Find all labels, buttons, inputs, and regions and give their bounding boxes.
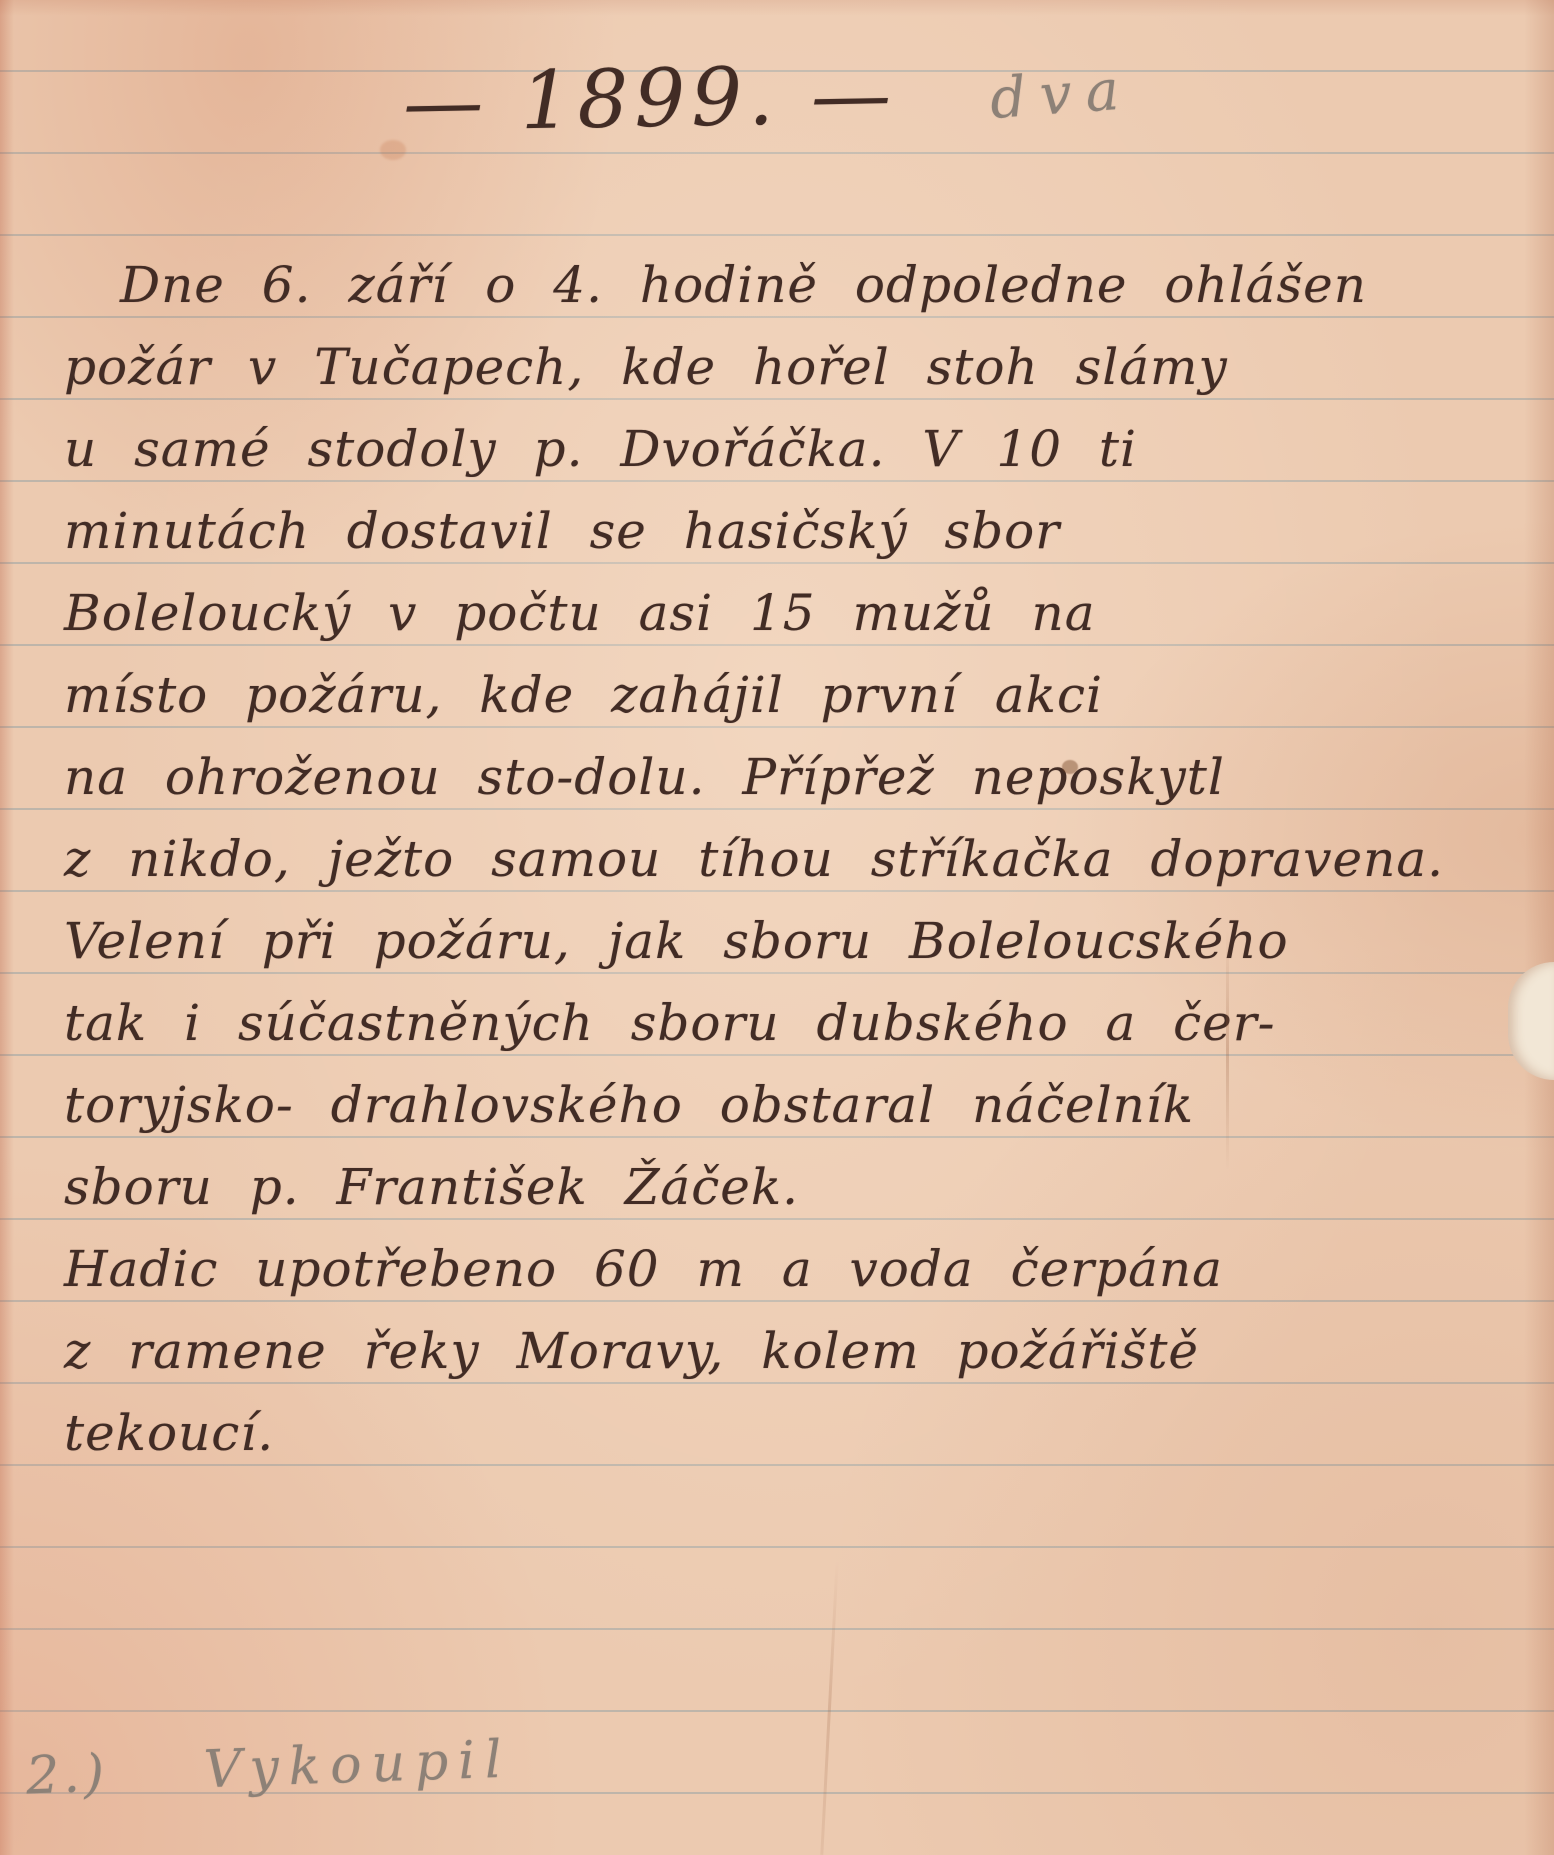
- manuscript-body: Dne 6. září o 4. hodině odpoledne ohláše…: [64, 244, 1526, 1474]
- manuscript-line: tekoucí.: [64, 1392, 1526, 1474]
- footer-note-number: 2.): [25, 1744, 109, 1807]
- manuscript-line: z nikdo, ježto samou tíhou stříkačka dop…: [64, 818, 1526, 900]
- paper-crease-bottom: [820, 1560, 838, 1855]
- manuscript-line: u samé stodoly p. Dvořáčka. V 10 ti: [64, 408, 1526, 490]
- manuscript-line: Boleloucký v počtu asi 15 mužů na: [64, 572, 1526, 654]
- manuscript-line: místo požáru, kde zahájil první akci: [64, 654, 1526, 736]
- manuscript-line: na ohroženou sto-dolu. Přípřež neposkytl: [64, 736, 1526, 818]
- manuscript-line: požár v Tučapech, kde hořel stoh slámy: [64, 326, 1526, 408]
- year-heading: — 1899. —: [239, 45, 1060, 152]
- manuscript-line: toryjsko- drahlovského obstaral náčelník: [64, 1064, 1526, 1146]
- manuscript-line: sboru p. František Žáček.: [64, 1146, 1526, 1228]
- paper-crease-right: [1226, 930, 1229, 1170]
- manuscript-line: minutách dostavil se hasičský sbor: [64, 490, 1526, 572]
- manuscript-line: tak i súčastněných sboru dubského a čer-: [64, 982, 1526, 1064]
- manuscript-line: Hadic upotřebeno 60 m a voda čerpána: [64, 1228, 1526, 1310]
- manuscript-line: Velení při požáru, jak sboru Boleloucské…: [64, 900, 1526, 982]
- pencil-margin-note: dva: [988, 57, 1135, 132]
- notebook-page: — 1899. — dva Dne 6. září o 4. hodině od…: [0, 0, 1554, 1855]
- manuscript-line: z ramene řeky Moravy, kolem požářiště: [64, 1310, 1526, 1392]
- footer-note-name: Vykoupil: [203, 1730, 513, 1801]
- paper-stain: [380, 140, 406, 160]
- ink-blot: [1062, 760, 1078, 774]
- manuscript-line: Dne 6. září o 4. hodině odpoledne ohláše…: [64, 244, 1526, 326]
- pencil-footer-note: 2.)Vykoupil: [25, 1730, 512, 1807]
